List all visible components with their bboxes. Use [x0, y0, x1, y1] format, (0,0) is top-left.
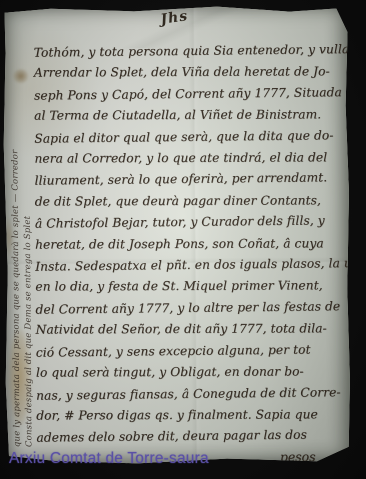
manuscript-line: â Christofol Bejar, tutor, y Curador del…	[35, 210, 344, 235]
manuscript-line: seph Pons y Capó, del Corrent añy 1777, …	[34, 82, 343, 107]
manuscript-line: ció Cessant, y sens excepcio alguna, per…	[36, 339, 345, 364]
manuscript-line: del Corrent añy 1777, y lo altre per las…	[35, 296, 344, 321]
manuscript-line: nera al Corredor, y lo que ate tindrá, e…	[34, 147, 343, 170]
manuscript-line: dor, # Perso digas qs. y finalment. Sapi…	[36, 404, 345, 427]
manuscript-line: Tothóm, y tota persona quia Sia entenedo…	[34, 39, 343, 64]
manuscript-line: ademes delo sobre dit, deura pagar las d…	[36, 424, 345, 449]
manuscript-text-block: Tothóm, y tota persona quia Sia entenedo…	[34, 40, 346, 469]
manuscript-line: nas, y seguras fiansas, â Coneguda de di…	[36, 382, 345, 407]
marginal-note: que ly apermata dela persona que se qued…	[9, 65, 36, 447]
manuscript-page: Jhs que ly apermata dela persona que se …	[2, 5, 351, 465]
photo-background: Jhs que ly apermata dela persona que se …	[0, 0, 366, 479]
manuscript-line: en lo dia, y festa de St. Miquel primer …	[35, 276, 344, 299]
manuscript-line: Arrendar lo Splet, dela Viña dela hereta…	[34, 62, 343, 85]
manuscript-line: de dit Splet, que deurà pagar diner Cont…	[35, 190, 344, 213]
manuscript-line: heretat, de dit Joseph Pons, son Coñat, …	[35, 233, 344, 256]
manuscript-line: lo qual serà tingut, y Obligat, en donar…	[36, 361, 345, 384]
manuscript-line: lliurament, serà lo que oferirà, per arr…	[35, 168, 344, 193]
manuscript-line: Sapia el ditor qual que serà, que la dit…	[34, 125, 343, 150]
archive-watermark-caption: Arxiu Comtat de Torre-saura	[9, 450, 209, 468]
manuscript-line: al Terma de Ciutadella, al Viñet de Bini…	[34, 104, 343, 127]
manuscript-line: Insta. Sedespatxa el pñt. en dos iguals …	[35, 253, 344, 278]
manuscript-line: Natividat del Señor, de dit añy 1777, to…	[36, 319, 345, 342]
